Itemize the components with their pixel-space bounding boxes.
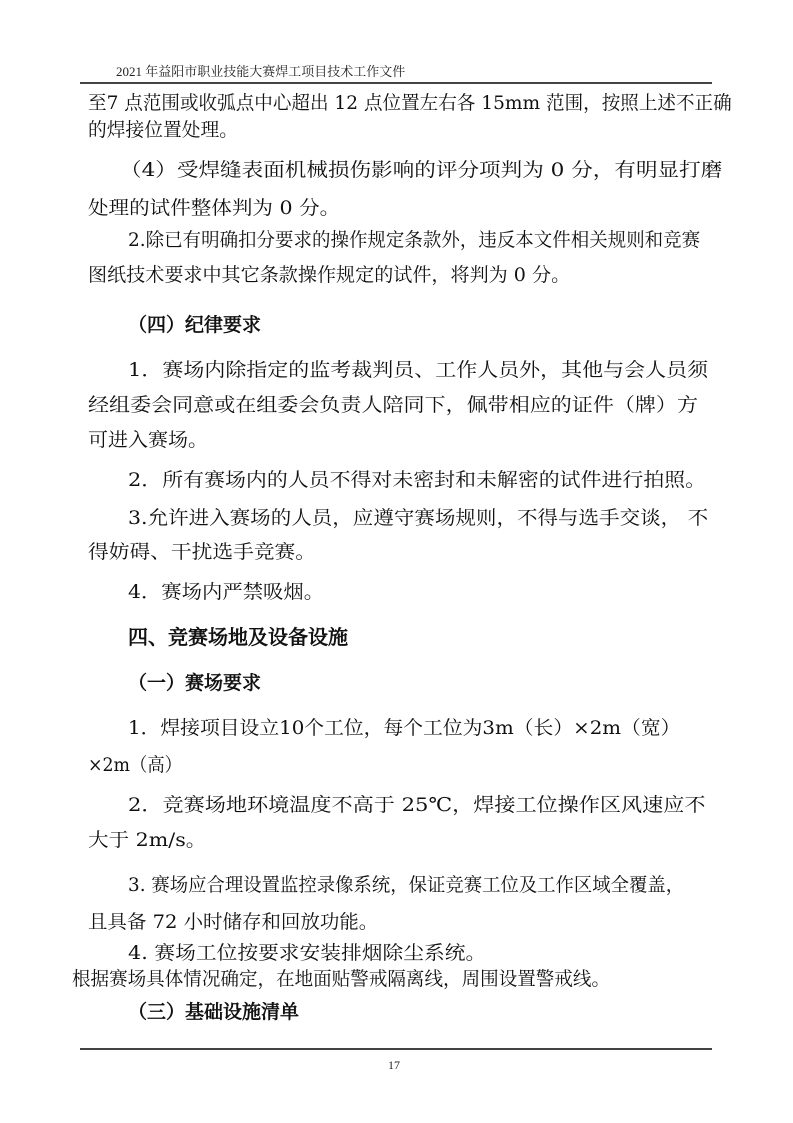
- list-item: 根据赛场具体情况确定，在地面贴警戒隔离线，周围设置警戒线。: [72, 968, 610, 990]
- section-heading-discipline: （四）纪律要求: [128, 314, 261, 336]
- list-item: 大于 2m/s。: [88, 829, 206, 851]
- paragraph-line: 的焊接位置处理。: [88, 119, 238, 141]
- list-item: 3. 赛场应合理设置监控录像系统，保证竞赛工位及工作区域全覆盖，: [128, 874, 684, 896]
- running-header: 2021 年益阳市职业技能大赛焊工项目技术工作文件: [116, 61, 405, 80]
- paragraph-line: 至7 点范围或收弧点中心超出 12 点位置左右各 15mm 范围，按照上述不正确: [88, 92, 732, 114]
- page-number: 17: [388, 1058, 400, 1073]
- section-heading-venue-requirements: （一）赛场要求: [128, 672, 261, 694]
- list-item: 4. 赛场工位按要求安装排烟除尘系统。: [128, 942, 486, 964]
- paragraph-line: 2.除已有明确扣分要求的操作规定条款外，违反本文件相关规则和竞赛: [128, 229, 700, 251]
- list-item: 2．竞赛场地环境温度不高于 25℃，焊接工位操作区风速应不: [128, 794, 706, 816]
- list-item: ×2m（高）: [88, 754, 182, 776]
- list-item: 可进入赛场。: [88, 429, 208, 451]
- list-item: 3.允许进入赛场的人员，应遵守赛场规则，不得与选手交谈， 不: [128, 507, 708, 529]
- section-heading-infrastructure: （三）基础设施清单: [128, 1001, 299, 1023]
- paragraph-line: 处理的试件整体判为 0 分。: [88, 197, 340, 219]
- list-item: 2．所有赛场内的人员不得对未密封和未解密的试件进行拍照。: [128, 469, 706, 491]
- paragraph-line: （4）受焊缝表面机械损伤影响的评分项判为 0 分，有明显打磨: [120, 159, 722, 181]
- list-item: 得妨碍、干扰选手竞赛。: [88, 541, 316, 563]
- list-item: 4．赛场内严禁吸烟。: [128, 581, 324, 603]
- header-divider: [80, 82, 712, 84]
- chapter-heading-venue: 四、竞赛场地及设备设施: [128, 626, 348, 648]
- list-item: 且具备 72 小时储存和回放功能。: [88, 911, 378, 933]
- list-item: 经组委会同意或在组委会负责人陪同下，佩带相应的证件（牌）方: [88, 394, 698, 416]
- footer-divider: [80, 1048, 712, 1050]
- list-item: 1．焊接项目设立10个工位，每个工位为3m（长）×2m（宽）: [128, 717, 680, 739]
- list-item: 1．赛场内除指定的监考裁判员、工作人员外，其他与会人员须: [128, 359, 708, 381]
- document-page: 2021 年益阳市职业技能大赛焊工项目技术工作文件 至7 点范围或收弧点中心超出…: [0, 0, 793, 1123]
- paragraph-line: 图纸技术要求中其它条款操作规定的试件，将判为 0 分。: [88, 264, 570, 286]
